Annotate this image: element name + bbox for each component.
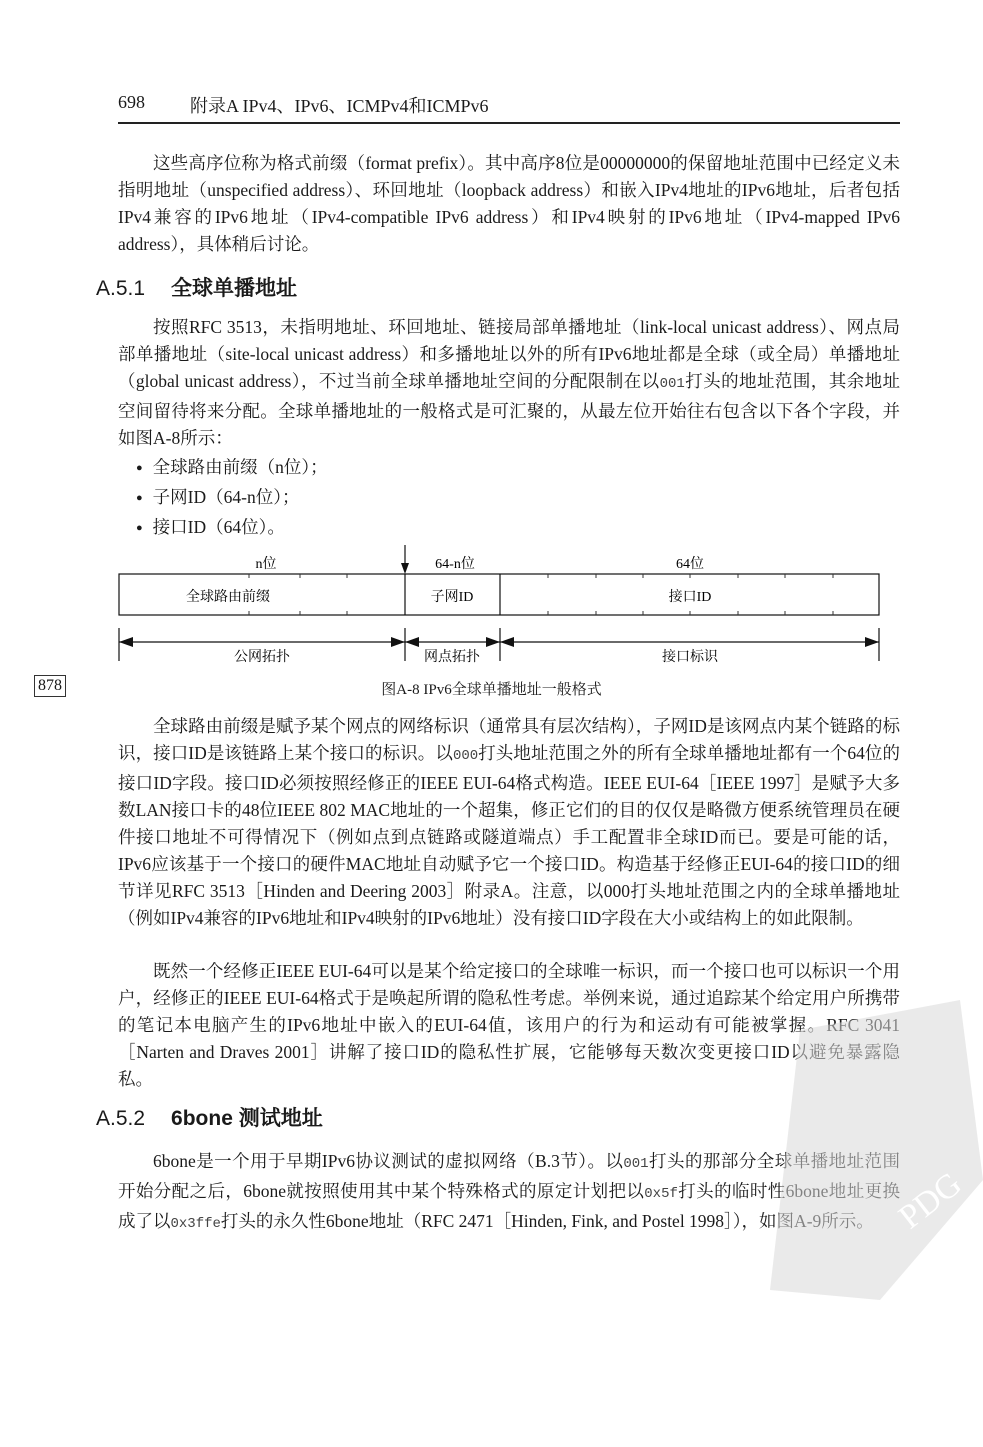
section-title: 全球单播地址 bbox=[171, 277, 297, 300]
label-64-bits: 64位 bbox=[676, 556, 704, 572]
list-item: 子网ID（64-n位）； bbox=[136, 484, 328, 514]
field-interface-id: 接口ID bbox=[669, 588, 712, 605]
section-title: 6bone 测试地址 bbox=[171, 1107, 323, 1130]
watermark-stamp: PDG bbox=[760, 1000, 983, 1330]
intro-paragraph: 这些高序位称为格式前缀（format prefix）。其中高序8位是000000… bbox=[118, 150, 900, 258]
span-interface-identifier: 接口标识 bbox=[662, 648, 719, 665]
list-item: 全球路由前缀（n位）； bbox=[136, 454, 328, 484]
code-0x3ffe: 0x3ffe bbox=[171, 1216, 221, 1232]
paragraph-global-unicast: 按照RFC 3513，未指明地址、环回地址、链接局部单播地址（link-loca… bbox=[118, 314, 900, 452]
text-run: 打头地址范围之外的所有全球单播地址都有一个64位的接口ID字段。接口ID必须按照… bbox=[118, 743, 900, 928]
page-header: 698 附录A IPv4、IPv6、ICMPv4和ICMPv6 bbox=[118, 92, 900, 124]
list-item: 接口ID（64位）。 bbox=[136, 514, 328, 544]
boundary-arrow-icon bbox=[401, 545, 409, 574]
code-0x5f: 0x5f bbox=[644, 1186, 678, 1202]
section-heading-a52: A.5.26bone 测试地址 bbox=[96, 1102, 323, 1132]
field-list: 全球路由前缀（n位）； 子网ID（64-n位）； 接口ID（64位）。 bbox=[136, 454, 328, 544]
code-001: 001 bbox=[623, 1156, 648, 1172]
code-000: 000 bbox=[453, 748, 478, 764]
section-heading-a51: A.5.1全球单播地址 bbox=[96, 272, 297, 302]
figure-a8-diagram: n位 64-n位 64位 全球路由前缀 子网ID 接口ID bbox=[100, 545, 900, 665]
span-site-topology: 网点拓扑 bbox=[424, 648, 480, 665]
paragraph-interface-id: 全球路由前缀是赋予某个网点的网络标识（通常具有层次结构），子网ID是该网点内某个… bbox=[118, 713, 900, 932]
label-n-bits: n位 bbox=[256, 556, 277, 572]
label-64-n-bits: 64-n位 bbox=[435, 556, 475, 572]
page-number: 698 bbox=[118, 92, 145, 113]
code-001: 001 bbox=[660, 376, 685, 392]
field-subnet-id: 子网ID bbox=[431, 589, 474, 605]
text-run: 6bone是一个用于早期IPv6协议测试的虚拟网络（B.3节）。以 bbox=[153, 1151, 623, 1171]
section-number: A.5.2 bbox=[96, 1107, 145, 1130]
figure-caption: 图A-8 IPv6全球单播地址一般格式 bbox=[0, 678, 983, 699]
section-number: A.5.1 bbox=[96, 277, 145, 300]
field-global-routing-prefix: 全球路由前缀 bbox=[186, 589, 270, 605]
chapter-title: 附录A IPv4、IPv6、ICMPv4和ICMPv6 bbox=[190, 92, 489, 118]
span-public-topology: 公网拓扑 bbox=[234, 648, 290, 665]
